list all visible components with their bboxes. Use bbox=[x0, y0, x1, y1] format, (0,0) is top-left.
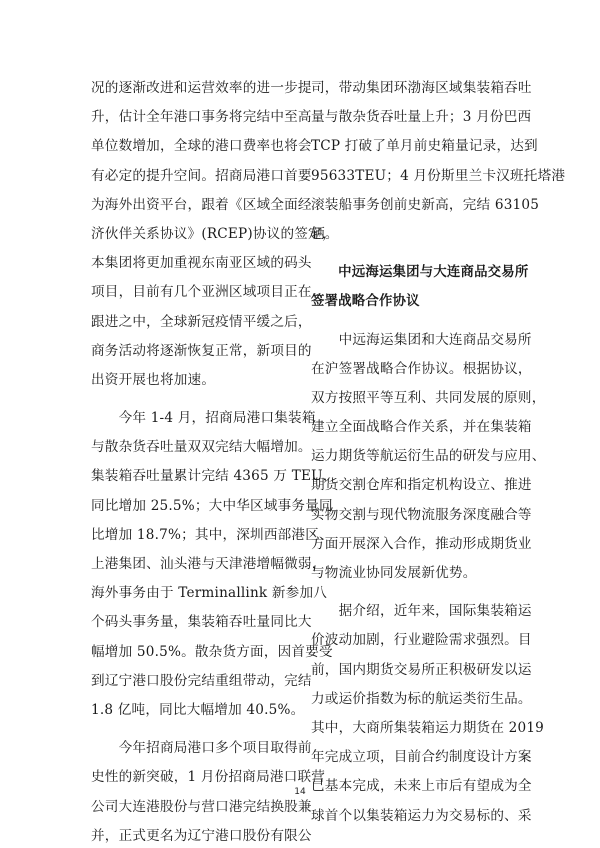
paragraph-gap bbox=[311, 317, 511, 326]
text-line: 前，国内期货交易所正积极研发以运 bbox=[311, 656, 511, 685]
text-line: 集装箱吞吐量累计完结 4365 万 TEU， bbox=[91, 462, 291, 491]
section-heading: 签署战略合作协议 bbox=[311, 287, 511, 316]
text-line: 并，正式更名为辽宁港口股份有限公 bbox=[91, 822, 291, 848]
text-line: 上港集团、汕头港与天津港增幅微弱， bbox=[91, 550, 291, 579]
text-line: 运力期货等航运衍生品的研发与应用、 bbox=[311, 442, 511, 471]
text-line: 项目，目前有几个亚洲区域项目正在 bbox=[91, 278, 291, 307]
text-line: 其中，大商所集装箱运力期货在 2019 bbox=[311, 714, 511, 743]
text-line: TCP 打破了单月前史箱量记录，达到 bbox=[311, 132, 511, 161]
text-line: 单位数增加，全球的港口费率也将会 bbox=[91, 132, 291, 161]
text-line: 同比增加 25.5%；大中华区域事务量同 bbox=[91, 492, 291, 521]
right-column: 司，带动集团环渤海区域集装箱吞吐 量与散杂货吞吐量上升；3 月份巴西 TCP 打… bbox=[311, 74, 511, 831]
text-line: 比增加 18.7%；其中，深圳西部港区、 bbox=[91, 521, 291, 550]
text-line: 到辽宁港口股份完结重组带动，完结 bbox=[91, 667, 291, 696]
paragraph-gap bbox=[311, 249, 511, 258]
text-line: 双方按照平等互利、共同发展的原则， bbox=[311, 384, 511, 413]
paragraph-gap bbox=[91, 725, 291, 734]
text-line: 出资开展也将加速。 bbox=[91, 366, 291, 395]
paragraph-gap bbox=[311, 588, 511, 597]
text-line: 今年 1-4 月，招商局港口集装箱 bbox=[91, 404, 291, 433]
text-line: 建立全面战略合作关系，并在集装箱 bbox=[311, 413, 511, 442]
text-line: 与物流业协同发展新优势。 bbox=[311, 559, 511, 588]
text-line: 力或运价指数为标的航运类衍生品。 bbox=[311, 685, 511, 714]
text-line: 辆。 bbox=[311, 220, 511, 249]
text-line: 况的逐渐改进和运营效率的进一步提 bbox=[91, 74, 291, 103]
text-line: 方面开展深入合作，推动形成期货业 bbox=[311, 530, 511, 559]
text-line: 济伙伴关系协议》(RCEP)协议的签定， bbox=[91, 220, 291, 249]
text-line: 幅增加 50.5%。散杂货方面，因首要受 bbox=[91, 638, 291, 667]
text-line: 滚装船事务创前史新高，完结 63105 bbox=[311, 191, 511, 220]
text-line: 价波动加剧，行业避险需求强烈。目 bbox=[311, 626, 511, 655]
text-line: 球首个以集装箱运力为交易标的、采 bbox=[311, 802, 511, 831]
text-line: 今年招商局港口多个项目取得前 bbox=[91, 734, 291, 763]
text-line: 司，带动集团环渤海区域集装箱吞吐 bbox=[311, 74, 511, 103]
left-column: 况的逐渐改进和运营效率的进一步提 升，估计全年港口事务将完结中至高 单位数增加，… bbox=[91, 74, 291, 848]
text-line: 量与散杂货吞吐量上升；3 月份巴西 bbox=[311, 103, 511, 132]
text-line: 95633TEU；4 月份斯里兰卡汉班托塔港 bbox=[311, 162, 511, 191]
section-heading: 中远海运集团与大连商品交易所 bbox=[311, 258, 511, 287]
text-line: 个码头事务量，集装箱吞吐量同比大 bbox=[91, 608, 291, 637]
text-line: 本集团将更加重视东南亚区域的码头 bbox=[91, 249, 291, 278]
text-line: 为海外出资平台，跟着《区域全面经 bbox=[91, 191, 291, 220]
text-line: 海外事务由于 Terminallink 新参加八 bbox=[91, 579, 291, 608]
text-line: 实物交割与现代物流服务深度融合等 bbox=[311, 501, 511, 530]
text-line: 与散杂货吞吐量双双完结大幅增加。 bbox=[91, 433, 291, 462]
text-line: 期货交割仓库和指定机构设立、推进 bbox=[311, 471, 511, 500]
text-line: 有必定的提升空间。招商局港口首要 bbox=[91, 162, 291, 191]
text-line: 跟进之中，全球新冠疫情平缓之后， bbox=[91, 308, 291, 337]
text-line: 年完成立项，目前合约制度设计方案 bbox=[311, 743, 511, 772]
text-line: 中远海运集团和大连商品交易所 bbox=[311, 326, 511, 355]
text-line: 据介绍，近年来，国际集装箱运 bbox=[311, 597, 511, 626]
paragraph-gap bbox=[91, 395, 291, 404]
text-line: 1.8 亿吨，同比大幅增加 40.5%。 bbox=[91, 696, 291, 725]
page-number: 14 bbox=[0, 787, 600, 797]
text-line: 商务活动将逐渐恢复正常，新项目的 bbox=[91, 337, 291, 366]
text-line: 在沪签署战略合作协议。根据协议， bbox=[311, 355, 511, 384]
text-line: 升，估计全年港口事务将完结中至高 bbox=[91, 103, 291, 132]
